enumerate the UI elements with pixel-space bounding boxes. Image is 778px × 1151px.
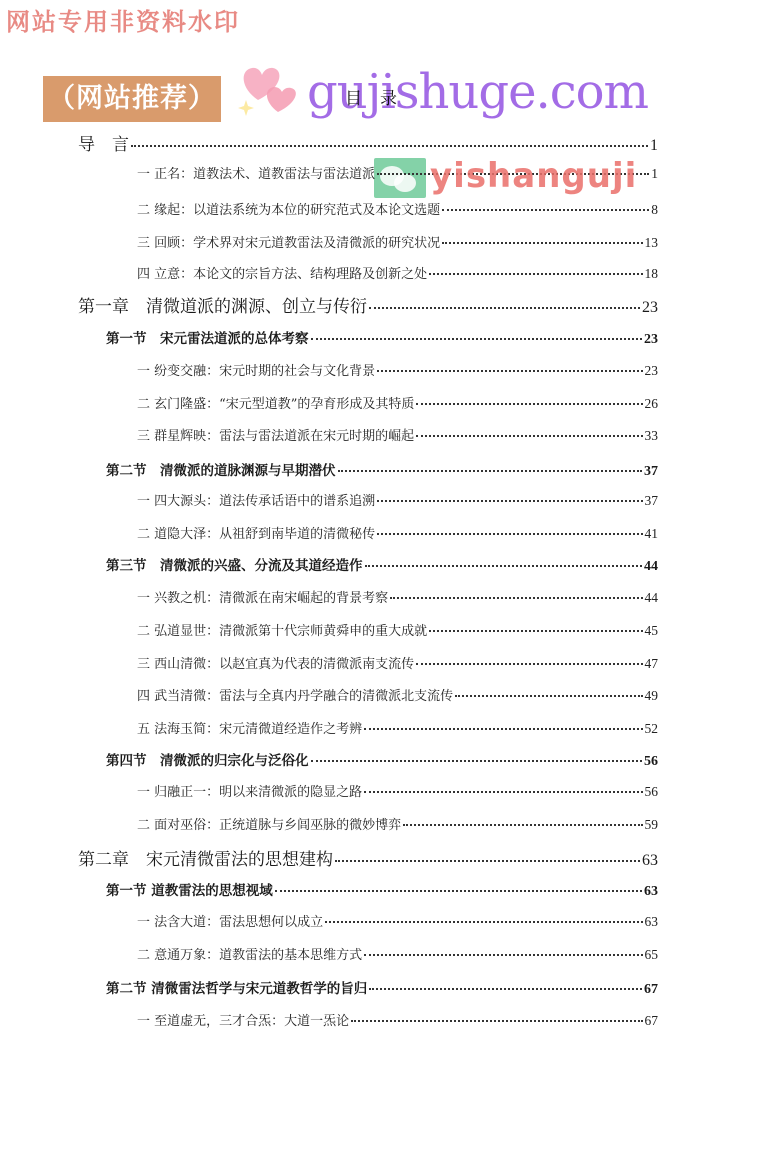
toc-entry-label: 一 纷变交融：宋元时期的社会与文化背景 [137, 360, 375, 379]
toc-entry-label: 三 回顾：学术界对宋元道教雷法及清微派的研究状况 [137, 232, 440, 251]
dot-leader [365, 565, 643, 567]
toc-page-number: 65 [645, 947, 659, 963]
toc-entry-label: 一 归融正一：明以来清微派的隐显之路 [137, 781, 362, 800]
toc-page-number: 63 [644, 884, 658, 900]
toc-page-number: 1 [651, 166, 658, 182]
toc-page-number: 63 [645, 914, 659, 930]
toc-subsection: 三 回顾：学术界对宋元道教雷法及清微派的研究状况13 [137, 232, 658, 251]
dot-leader [351, 1020, 642, 1022]
toc-entry-label: 三 西山清微：以赵宜真为代表的清微派南支流传 [137, 653, 414, 672]
dot-leader [455, 695, 642, 697]
toc-entry-label: 一 四大源头：道法传承话语中的谱系追溯 [137, 490, 375, 509]
toc-subsection: 一 法含大道：雷法思想何以成立63 [137, 911, 658, 930]
toc-page-number: 47 [645, 656, 659, 672]
dot-leader [311, 338, 643, 340]
toc-entry-label: 四 武当清微：雷法与全真内丹学融合的清微派北支流传 [137, 685, 453, 704]
dot-leader [377, 370, 642, 372]
toc-page-number: 67 [644, 982, 658, 998]
toc-page-number: 41 [645, 526, 659, 542]
toc-page-number: 45 [645, 623, 659, 639]
dot-leader [403, 824, 642, 826]
dot-leader [390, 597, 642, 599]
toc-section: 第一节 道教雷法的思想视域63 [106, 879, 658, 900]
toc-entry-label: 第一章 清微道派的渊源、创立与传衍 [78, 292, 367, 317]
dot-leader [442, 209, 649, 211]
toc-page-number: 44 [644, 559, 658, 575]
dot-leader [275, 890, 642, 892]
toc-page-number: 23 [642, 299, 658, 317]
dot-leader [335, 860, 640, 862]
toc-subsection: 一 至道虚无，三才合炁：大道一炁论67 [137, 1010, 658, 1029]
toc-section: 第二节 清微派的道脉渊源与早期潜伏37 [106, 459, 658, 480]
toc-entry-label: 第一节 道教雷法的思想视域 [106, 879, 273, 899]
site-recommend-badge: （网站推荐） [43, 76, 221, 122]
toc-subsection: 二 弘道显世：清微派第十代宗师黄舜申的重大成就45 [137, 620, 658, 639]
toc-page-number: 13 [645, 235, 659, 251]
toc-page-number: 8 [651, 202, 658, 218]
dot-leader [429, 630, 642, 632]
toc-entry-label: 二 弘道显世：清微派第十代宗师黄舜申的重大成就 [137, 620, 427, 639]
toc-chapter: 第一章 清微道派的渊源、创立与传衍23 [78, 292, 658, 317]
toc-page-number: 59 [645, 817, 659, 833]
toc-entry-label: 二 意通万象：道教雷法的基本思维方式 [137, 944, 362, 963]
toc-page-number: 18 [645, 266, 659, 282]
toc-subsection: 二 缘起：以道法系统为本位的研究范式及本论文选题8 [137, 199, 658, 218]
toc-subsection: 五 法海玉简：宋元清微道经造作之考辨52 [137, 718, 658, 737]
toc-subsection: 二 道隐大泽：从祖舒到南毕道的清微秘传41 [137, 523, 658, 542]
dot-leader [416, 663, 642, 665]
toc-entry-label: 第一节 宋元雷法道派的总体考察 [106, 327, 309, 347]
toc-subsection: 三 西山清微：以赵宜真为代表的清微派南支流传47 [137, 653, 658, 672]
toc-entry-label: 一 法含大道：雷法思想何以成立 [137, 911, 323, 930]
toc-entry-label: 第二节 清微雷法哲学与宋元道教哲学的旨归 [106, 977, 367, 997]
toc-page-number: 1 [650, 137, 658, 155]
dot-leader [377, 533, 642, 535]
dot-leader [364, 791, 642, 793]
toc-subsection: 二 意通万象：道教雷法的基本思维方式65 [137, 944, 658, 963]
page-title: 目录 [345, 84, 415, 109]
toc-page-number: 33 [645, 428, 659, 444]
toc-chapter: 导 言1 [78, 130, 658, 155]
dot-leader [338, 470, 643, 472]
toc-entry-label: 第二节 清微派的道脉渊源与早期潜伏 [106, 459, 336, 479]
toc-entry-label: 二 缘起：以道法系统为本位的研究范式及本论文选题 [137, 199, 440, 218]
dot-leader [325, 921, 642, 923]
toc-subsection: 三 群星辉映：雷法与雷法道派在宋元时期的崛起33 [137, 425, 658, 444]
dot-leader [416, 403, 642, 405]
toc-page-number: 23 [644, 332, 658, 348]
toc-entry-label: 二 道隐大泽：从祖舒到南毕道的清微秘传 [137, 523, 375, 542]
toc-subsection: 一 归融正一：明以来清微派的隐显之路56 [137, 781, 658, 800]
toc-page-number: 44 [645, 590, 659, 606]
dot-leader [429, 273, 642, 275]
dot-leader [377, 500, 642, 502]
toc-entry-label: 一 兴教之机：清微派在南宋崛起的背景考察 [137, 587, 388, 606]
toc-entry-label: 第三节 清微派的兴盛、分流及其道经造作 [106, 554, 363, 574]
dot-leader [131, 145, 648, 147]
toc-chapter: 第二章 宋元清微雷法的思想建构63 [78, 845, 658, 870]
toc-subsection: 二 玄门隆盛：“宋元型道教”的孕育形成及其特质26 [137, 393, 658, 412]
toc-subsection: 四 武当清微：雷法与全真内丹学融合的清微派北支流传49 [137, 685, 658, 704]
toc-entry-label: 三 群星辉映：雷法与雷法道派在宋元时期的崛起 [137, 425, 414, 444]
toc-entry-label: 一 至道虚无，三才合炁：大道一炁论 [137, 1010, 349, 1029]
toc-page-number: 23 [645, 363, 659, 379]
toc-subsection: 二 面对巫俗：正统道脉与乡闾巫脉的微妙博弈59 [137, 814, 658, 833]
toc-entry-label: 四 立意：本论文的宗旨方法、结构理路及创新之处 [137, 263, 427, 282]
toc-subsection: 一 兴教之机：清微派在南宋崛起的背景考察44 [137, 587, 658, 606]
toc-entry-label: 第二章 宋元清微雷法的思想建构 [78, 845, 333, 870]
toc-subsection: 一 纷变交融：宋元时期的社会与文化背景23 [137, 360, 658, 379]
dot-leader [442, 242, 642, 244]
toc-page-number: 37 [644, 464, 658, 480]
toc-entry-label: 二 玄门隆盛：“宋元型道教”的孕育形成及其特质 [137, 393, 414, 412]
dot-leader [416, 435, 642, 437]
dot-leader [369, 307, 640, 309]
toc-section: 第四节 清微派的归宗化与泛俗化56 [106, 749, 658, 770]
overlay-watermark: yishanguji [430, 156, 637, 196]
toc-entry-label: 一 正名：道教法术、道教雷法与雷法道派 [137, 163, 375, 182]
dot-leader [311, 760, 643, 762]
toc-page-number: 56 [645, 784, 659, 800]
dot-leader [364, 728, 642, 730]
toc-section: 第一节 宋元雷法道派的总体考察23 [106, 327, 658, 348]
toc-page-number: 52 [645, 721, 659, 737]
toc-subsection: 一 四大源头：道法传承话语中的谱系追溯37 [137, 490, 658, 509]
toc-page-number: 63 [642, 852, 658, 870]
toc-page-number: 67 [645, 1013, 659, 1029]
toc-page-number: 49 [645, 688, 659, 704]
toc-page-number: 37 [645, 493, 659, 509]
toc-entry-label: 导 言 [78, 130, 129, 155]
toc-entry-label: 第四节 清微派的归宗化与泛俗化 [106, 749, 309, 769]
toc-section: 第三节 清微派的兴盛、分流及其道经造作44 [106, 554, 658, 575]
dot-leader [369, 988, 642, 990]
toc-page-number: 26 [645, 396, 659, 412]
toc-subsection: 四 立意：本论文的宗旨方法、结构理路及创新之处18 [137, 263, 658, 282]
toc-section: 第二节 清微雷法哲学与宋元道教哲学的旨归67 [106, 977, 658, 998]
watermark-text: 网站专用非资料水印 [6, 2, 240, 37]
hearts-icon [238, 60, 300, 116]
toc-page-number: 56 [644, 754, 658, 770]
dot-leader [364, 954, 642, 956]
toc-entry-label: 五 法海玉简：宋元清微道经造作之考辨 [137, 718, 362, 737]
toc-entry-label: 二 面对巫俗：正统道脉与乡闾巫脉的微妙博弈 [137, 814, 401, 833]
